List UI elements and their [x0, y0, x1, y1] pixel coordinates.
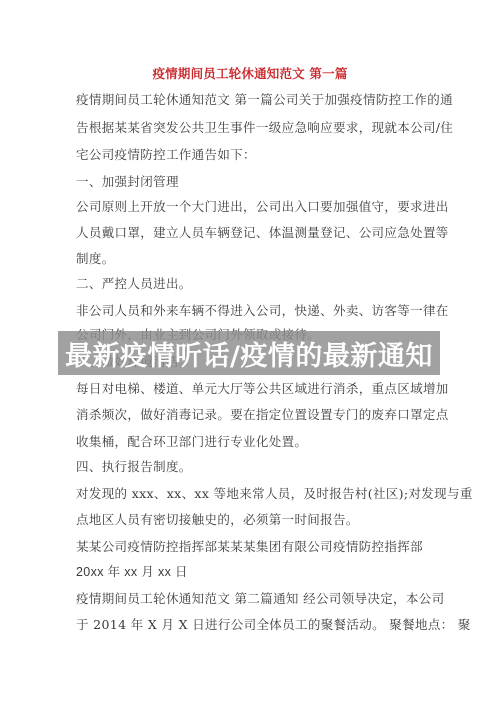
- paragraph-line: 对发现的 xxx、xx、xx 等地来常人员，及时报告村(社区);对发现与重: [76, 486, 428, 502]
- paragraph-line: 疫情期间员工轮休通知范文 第二篇通知 经公司领导决定，本公司: [76, 591, 428, 607]
- paragraph-line: 公司原则上开放一个大门进出，公司出入口要加强值守，要求进出: [76, 199, 428, 215]
- date-line: 20xx 年 xx 月 xx 日: [76, 564, 428, 580]
- paragraph-line: 告根据某某省突发公共卫生事件一级应急响应要求，现就本公司/住: [76, 120, 428, 136]
- paragraph-line: 消杀频次，做好消毒记录。要在指定位置设置专门的废弃口罩定点: [76, 407, 428, 423]
- paragraph-line: 宅公司疫情防控工作通告如下：: [76, 147, 428, 163]
- section-heading-2: 二、严控人员进出。: [76, 276, 428, 292]
- paragraph-line: 于 2014 年 X 月 X 日进行公司全体员工的聚餐活动。 聚餐地点： 聚: [76, 617, 428, 633]
- paragraph-line: 点地区人员有密切接触史的，必须第一时间报告。: [76, 512, 428, 528]
- paragraph-line: 制度。: [76, 251, 428, 267]
- section-heading-1: 一、加强封闭管理: [76, 174, 428, 190]
- paragraph-line: 每日对电梯、楼道、单元大厅等公共区域进行消杀，重点区域增加: [76, 381, 428, 397]
- document-page: 疫情期间员工轮休通知范文 第一篇 疫情期间员工轮休通知范文 第一篇公司关于加强疫…: [0, 0, 500, 706]
- document-title: 疫情期间员工轮休通知范文 第一篇: [0, 64, 500, 82]
- overlay-banner-text: 最新疫情听话/疫情的最新通知: [65, 334, 433, 373]
- paragraph-line: 收集桶，配合环卫部门进行专业化处置。: [76, 434, 428, 450]
- section-heading-4: 四、执行报告制度。: [76, 459, 428, 475]
- paragraph-line: 人员戴口罩，建立人员车辆登记、体温测量登记、公司应急处置等: [76, 225, 428, 241]
- paragraph-line: 非公司人员和外来车辆不得进入公司，快递、外卖、访客等一律在: [76, 303, 428, 319]
- paragraph-line: 疫情期间员工轮休通知范文 第一篇公司关于加强疫情防控工作的通: [76, 92, 428, 108]
- signature-line: 某某公司疫情防控指挥部某某某集团有限公司疫情防控指挥部: [76, 539, 428, 555]
- overlay-banner: 最新疫情听话/疫情的最新通知: [58, 331, 440, 375]
